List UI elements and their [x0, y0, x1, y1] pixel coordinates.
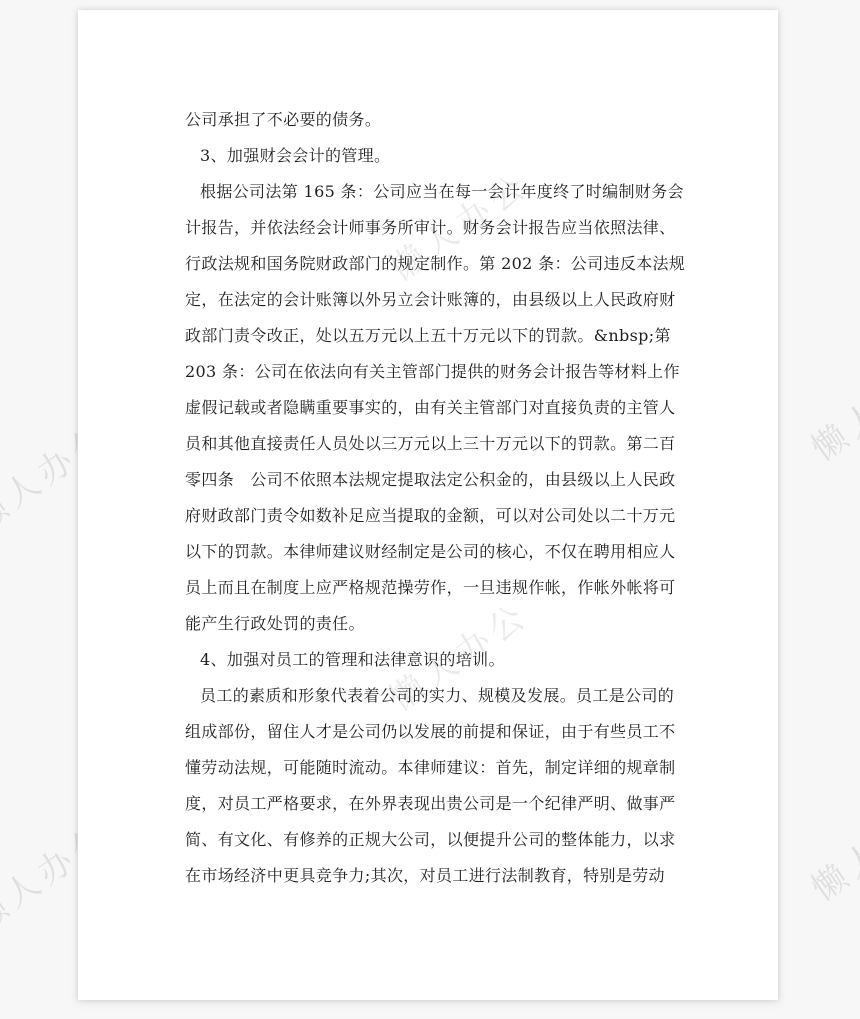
watermark-right-upper: 懒人办公 [800, 338, 860, 470]
paragraph-line: 组成部份，留住人才是公司仍以发展的前提和保证，由于有些员工不 [185, 714, 675, 750]
paragraph-line: 政部门责令改正，处以五万元以上五十万元以下的罚款。&nbsp;第 [185, 318, 675, 354]
paragraph-line: 懂劳动法规，可能随时流动。本律师建议：首先，制定详细的规章制 [185, 750, 675, 786]
document-viewer[interactable]: 懒人办公 懒人办公 懒人办公 懒人办公 懒人办公 懒人办公 公司承担了不必要的债… [0, 0, 860, 1019]
watermark-right-lower: 懒人办公 [800, 778, 860, 910]
paragraph-line: 行政法规和国务院财政部门的规定制作。第 202 条：公司违反本法规 [185, 246, 675, 282]
paragraph-line: 零四条 公司不依照本法规定提取法定公积金的，由县级以上人民政 [185, 462, 675, 498]
paragraph-line: 203 条：公司在依法向有关主管部门提供的财务会计报告等材料上作 [185, 354, 675, 390]
paragraph-line: 员上而且在制度上应严格规范操劳作，一旦违规作帐，作帐外帐将可 [185, 570, 675, 606]
paragraph-line: 在市场经济中更具竞争力;其次，对员工进行法制教育，特别是劳动 [185, 858, 675, 894]
paragraph-line: 虚假记载或者隐瞒重要事实的，由有关主管部门对直接负责的主管人 [185, 390, 675, 426]
document-body: 公司承担了不必要的债务。 3、加强财会会计的管理。 根据公司法第 165 条：公… [185, 102, 675, 894]
section-heading-3: 3、加强财会会计的管理。 [185, 138, 675, 174]
paragraph-line: 员和其他直接责任人员处以三万元以上三十万元以下的罚款。第二百 [185, 426, 675, 462]
paragraph-line: 公司承担了不必要的债务。 [185, 102, 675, 138]
paragraph-line: 员工的素质和形象代表着公司的实力、规模及发展。员工是公司的 [185, 678, 675, 714]
paragraph-line: 计报告，并依法经会计师事务所审计。财务会计报告应当依照法律、 [185, 210, 675, 246]
section-heading-4: 4、加强对员工的管理和法律意识的培训。 [185, 642, 675, 678]
paragraph-line: 度，对员工严格要求，在外界表现出贵公司是一个纪律严明、做事严 [185, 786, 675, 822]
paragraph-line: 定，在法定的会计账簿以外另立会计账簿的，由县级以上人民政府财 [185, 282, 675, 318]
paragraph-line: 能产生行政处罚的责任。 [185, 606, 675, 642]
paragraph-line: 府财政部门责令如数补足应当提取的金额，可以对公司处以二十万元 [185, 498, 675, 534]
paragraph-line: 简、有文化、有修养的正规大公司，以便提升公司的整体能力，以求 [185, 822, 675, 858]
paragraph-line: 根据公司法第 165 条：公司应当在每一会计年度终了时编制财务会 [185, 174, 675, 210]
document-page: 懒人办公 懒人办公 公司承担了不必要的债务。 3、加强财会会计的管理。 根据公司… [78, 10, 778, 1000]
paragraph-line: 以下的罚款。本律师建议财经制定是公司的核心，不仅在聘用相应人 [185, 534, 675, 570]
